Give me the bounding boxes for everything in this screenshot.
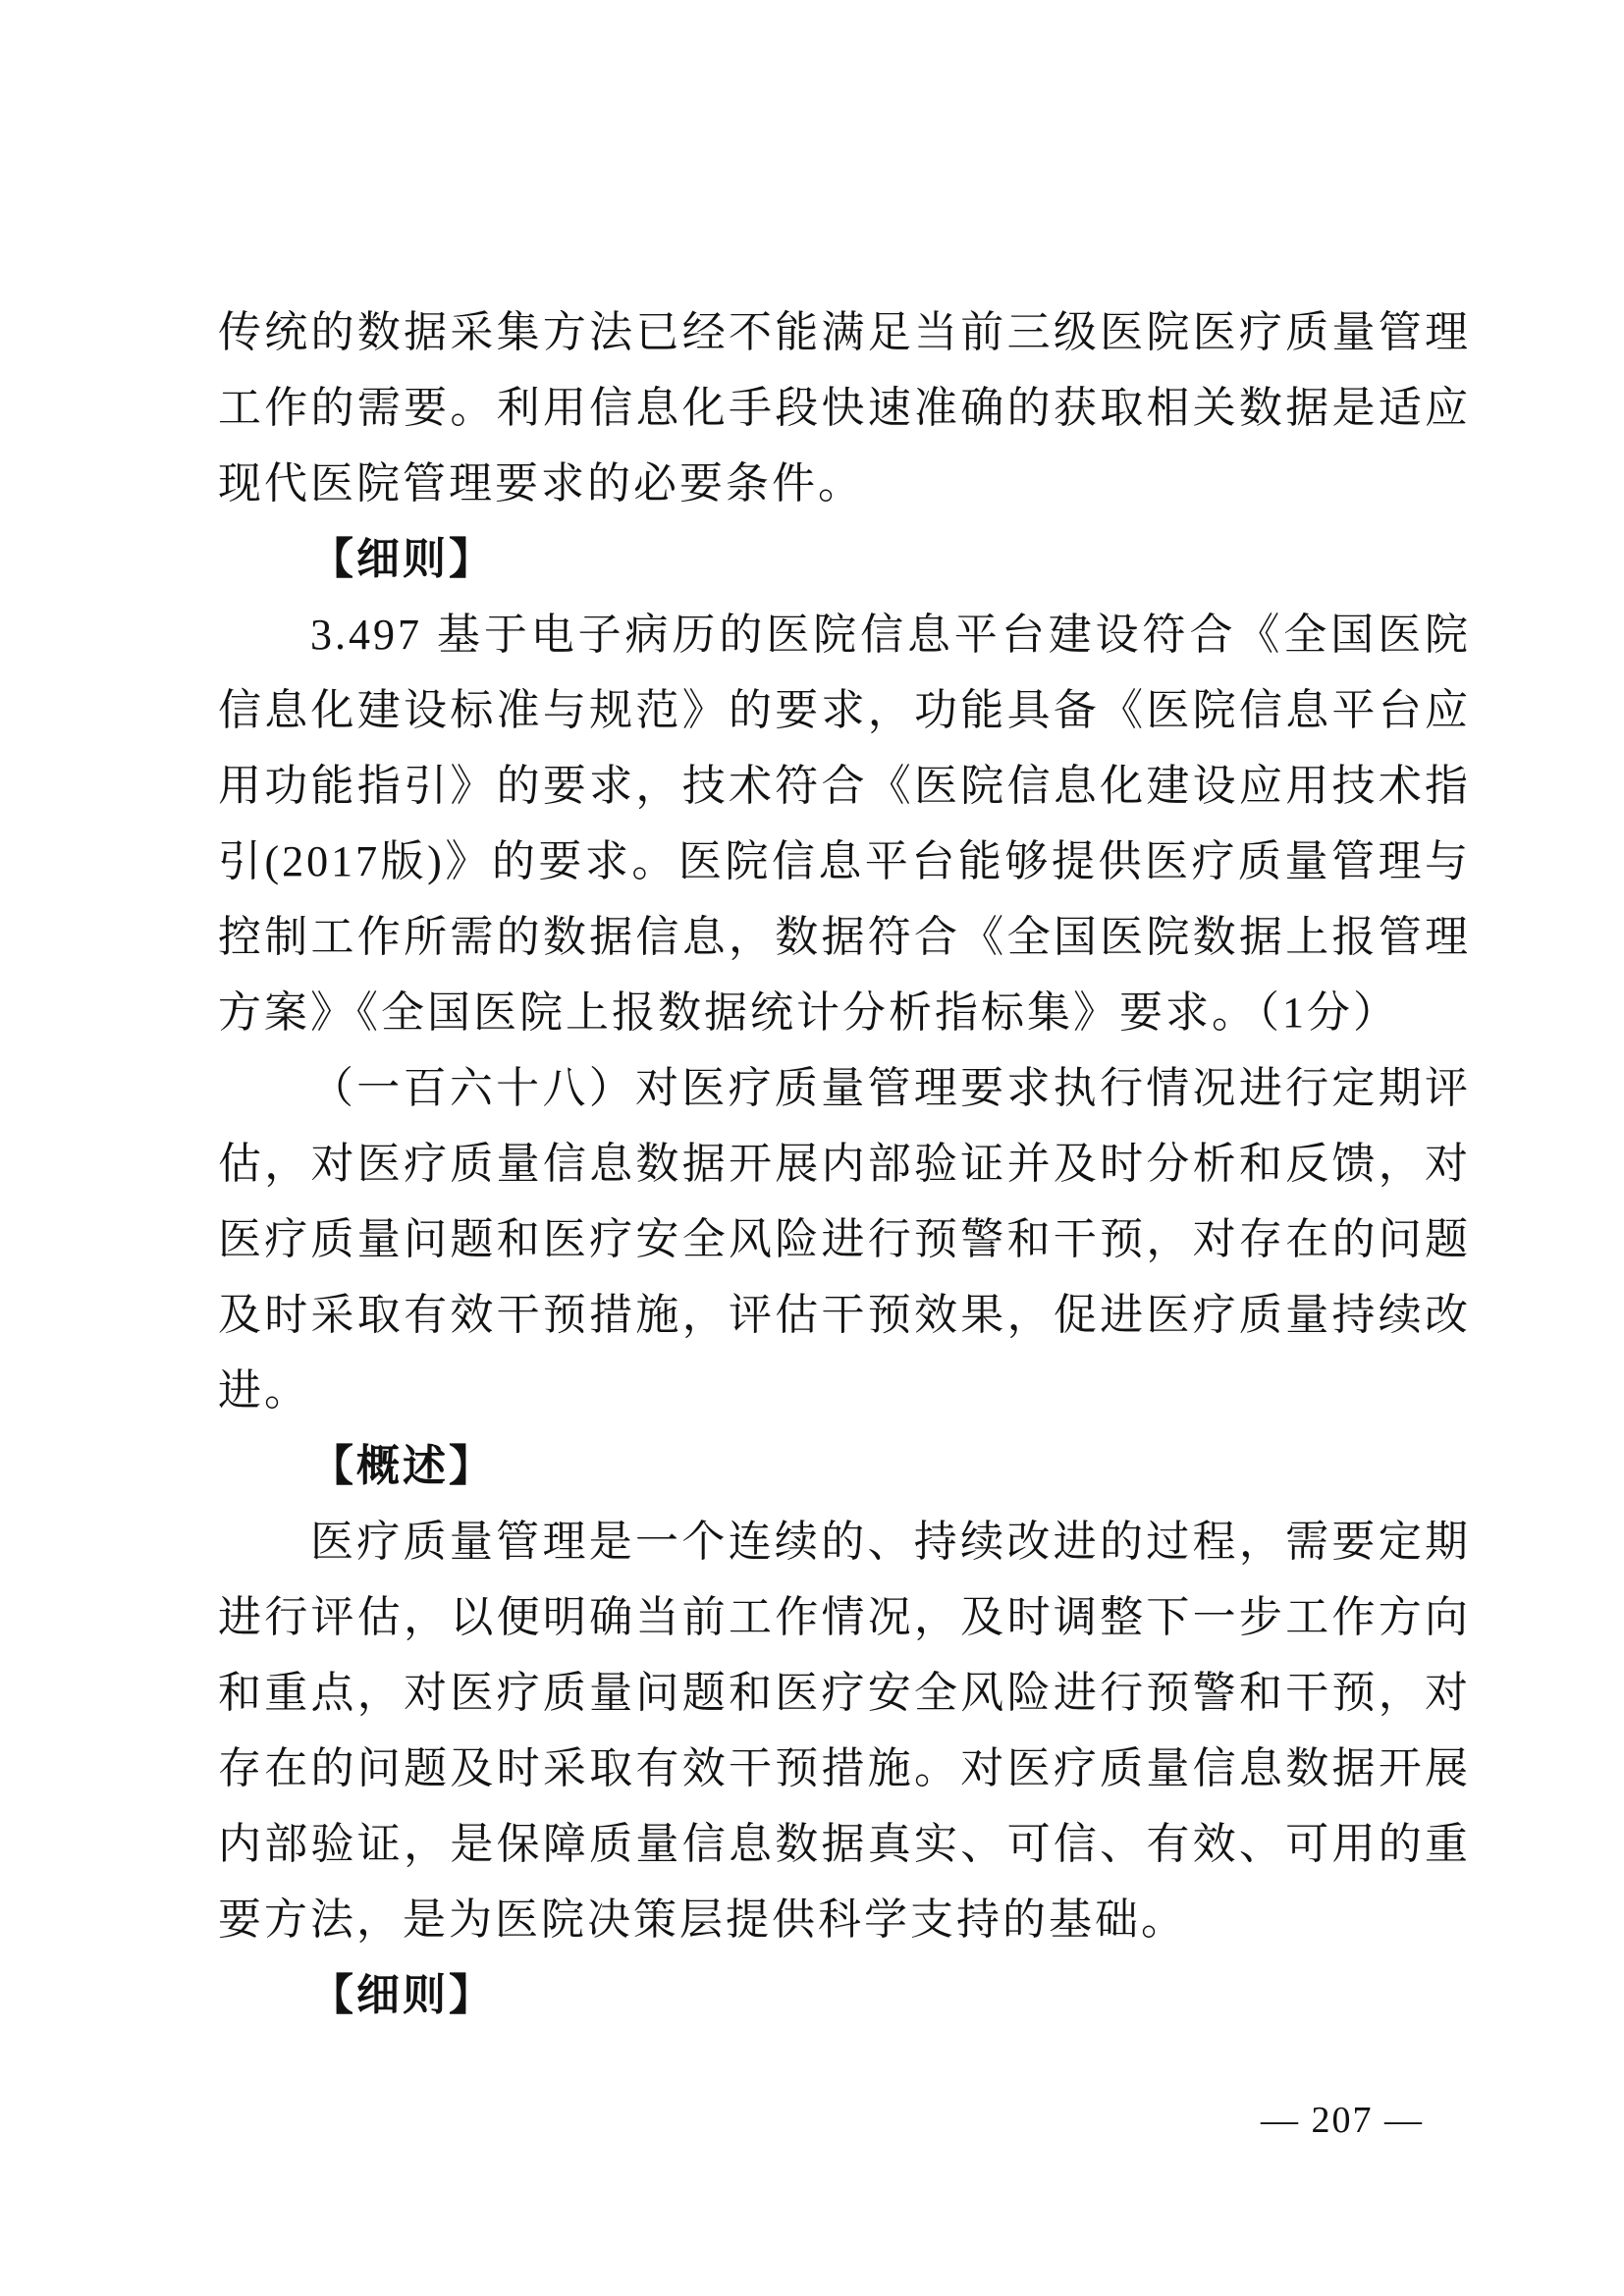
document-body: 传统的数据采集方法已经不能满足当前三级医院医疗质量管理工作的需要。利用信息化手段…	[218, 294, 1471, 2033]
paragraph: （一百六十八）对医疗质量管理要求执行情况进行定期评估，对医疗质量信息数据开展内部…	[218, 1050, 1471, 1428]
section-heading: 【概述】	[218, 1428, 1471, 1504]
page-number: — 207 —	[1261, 2099, 1424, 2142]
paragraph: 3.497 基于电子病历的医院信息平台建设符合《全国医院信息化建设标准与规范》的…	[218, 597, 1471, 1050]
section-heading: 【细则】	[218, 521, 1471, 597]
paragraph: 传统的数据采集方法已经不能满足当前三级医院医疗质量管理工作的需要。利用信息化手段…	[218, 294, 1471, 521]
section-heading: 【细则】	[218, 1957, 1471, 2033]
paragraph: 医疗质量管理是一个连续的、持续改进的过程，需要定期进行评估，以便明确当前工作情况…	[218, 1504, 1471, 1957]
